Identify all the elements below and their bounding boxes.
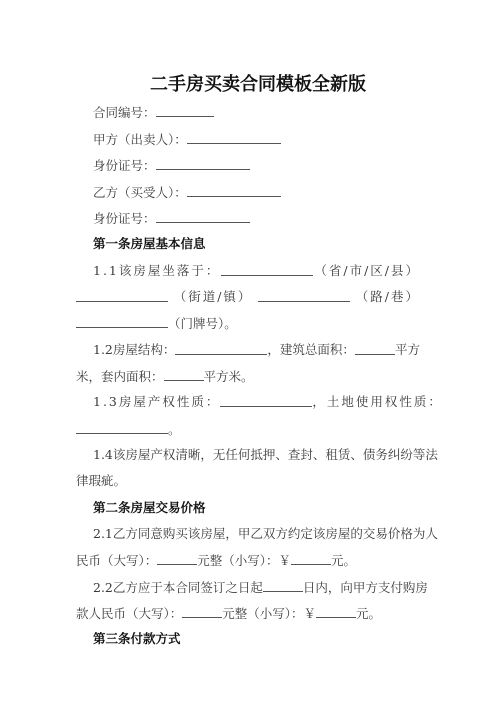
clause-1-4-line1: 1.4该房屋产权清晰，无任何抵押、查封、租赁、债务纠纷等法 (93, 447, 438, 463)
clause-text: 。 (168, 422, 181, 437)
buyer-id-field: 身份证号： (93, 210, 250, 227)
document-title: 二手房买卖合同模板全新版 (0, 70, 500, 96)
clause-1-1-line3: （门牌号）。 (76, 315, 237, 332)
clause-text: 元。 (331, 553, 356, 568)
clause-1-1-line1: 1.1该房屋坐落于： （省/市/区/县） (93, 263, 420, 279)
clause-1-1-line2: （街道/镇） （路/巷） (76, 289, 420, 305)
field-label: 合同编号： (93, 105, 156, 120)
contract-number-blank[interactable] (156, 104, 214, 117)
clause-1-3-line1: 1.3房屋产权性质： ，土地使用权性质： (93, 394, 420, 410)
clause-text: ，土地使用权性质： (312, 394, 443, 410)
clause-text: 平方 (395, 342, 420, 358)
section-3-heading: 第三条付款方式 (93, 631, 181, 647)
clause-1-2-line2: 米，套内面积：平方米。 (76, 368, 254, 385)
clause-1-2-line1: 1.2房屋结构： ，建筑总面积： 平方 (93, 342, 420, 358)
contract-number-field: 合同编号： (93, 104, 214, 121)
clause-1-3-line2: 。 (76, 421, 181, 438)
payment-lowercase-blank[interactable] (316, 605, 356, 618)
clause-text: 1.1该房屋坐落于： (93, 263, 220, 279)
inner-area-blank[interactable] (164, 368, 204, 381)
street-blank[interactable] (76, 289, 168, 302)
price-uppercase-blank[interactable] (157, 552, 197, 565)
buyer-id-blank[interactable] (156, 210, 250, 223)
field-label: 甲方（出卖人）： (93, 132, 187, 147)
clause-text: （街道/镇） (174, 289, 253, 305)
clause-1-4-line2: 律瑕疵。 (76, 473, 126, 489)
property-nature-blank[interactable] (220, 394, 312, 407)
land-use-blank[interactable] (76, 421, 168, 434)
field-label: 身份证号： (93, 211, 156, 226)
clause-text: 米，套内面积： (76, 369, 164, 384)
field-label: 乙方（买受人）： (93, 185, 187, 200)
clause-text: 元。 (356, 606, 381, 621)
clause-text: （门牌号）。 (168, 316, 237, 331)
buyer-field: 乙方（买受人）： (93, 184, 281, 201)
structure-blank[interactable] (175, 342, 267, 355)
section-1-heading: 第一条房屋基本信息 (93, 236, 206, 252)
clause-text: 1.2房屋结构： (93, 342, 175, 358)
clause-2-1-line2: 民币（大写）：元整（小写）：￥元。 (76, 552, 356, 569)
clause-text: 1.3房屋产权性质： (93, 394, 220, 410)
section-2-heading: 第二条房屋交易价格 (93, 500, 206, 516)
seller-blank[interactable] (187, 131, 281, 144)
clause-text: 民币（大写）： (76, 553, 157, 568)
clause-text: 日内，向甲方支付购房 (303, 580, 428, 595)
total-area-blank[interactable] (355, 342, 395, 355)
clause-text: 元整（小写）：￥ (197, 553, 291, 568)
seller-id-field: 身份证号： (93, 157, 250, 174)
field-label: 身份证号： (93, 158, 156, 173)
clause-text: （省/市/区/县） (314, 263, 420, 279)
clause-2-2-line1: 2.2乙方应于本合同签订之日起日内，向甲方支付购房 (93, 579, 428, 596)
document-page: 二手房买卖合同模板全新版 合同编号： 甲方（出卖人）： 身份证号： 乙方（买受人… (0, 0, 500, 707)
clause-text: 2.2乙方应于本合同签订之日起 (93, 580, 263, 595)
clause-2-2-line2: 款人民币（大写）：元整（小写）：￥元。 (76, 605, 381, 622)
clause-2-1-line1: 2.1乙方同意购买该房屋，甲乙双方约定该房屋的交易价格为人 (93, 526, 438, 542)
clause-text: 元整（小写）：￥ (222, 606, 316, 621)
days-blank[interactable] (263, 579, 303, 592)
clause-text: （路/巷） (356, 289, 420, 305)
road-blank[interactable] (258, 289, 350, 302)
clause-text: 平方米。 (204, 369, 254, 384)
province-blank[interactable] (221, 263, 313, 276)
price-lowercase-blank[interactable] (291, 552, 331, 565)
clause-text: ，建筑总面积： (267, 342, 355, 358)
buyer-blank[interactable] (187, 184, 281, 197)
seller-id-blank[interactable] (156, 157, 250, 170)
house-number-blank[interactable] (76, 315, 168, 328)
seller-field: 甲方（出卖人）： (93, 131, 281, 148)
payment-uppercase-blank[interactable] (182, 605, 222, 618)
clause-text: 款人民币（大写）： (76, 606, 182, 621)
